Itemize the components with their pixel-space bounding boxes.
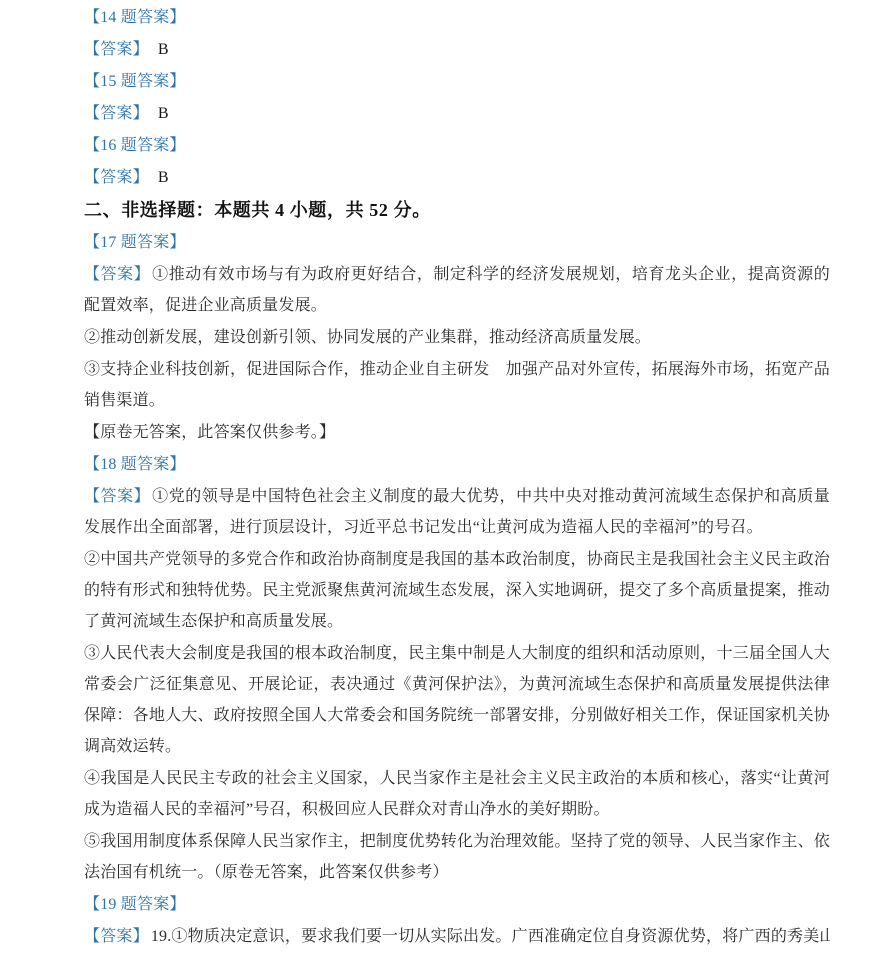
answer-value: B bbox=[158, 105, 169, 122]
answer-value: B bbox=[158, 169, 169, 186]
question-17-answer-paragraph: ③支持企业科技创新，促进国际合作，推动企业自主研发 加强产品对外宣传，拓展海外市… bbox=[84, 354, 830, 416]
answer-label: 【答案】 bbox=[84, 266, 150, 283]
answer-text: ⑤我国用制度体系保障人民当家作主，把制度优势转化为治理效能。坚持了党的领导、人民… bbox=[84, 833, 830, 881]
answer-text: ①党的领导是中国特色社会主义制度的最大优势，中共中央对推动黄河流域生态保护和高质… bbox=[84, 488, 830, 536]
question-16-tag: 【16 题答案】 bbox=[84, 130, 830, 161]
question-19-tag: 【19 题答案】 bbox=[84, 889, 830, 920]
answer-text: ④我国是人民民主专政的社会主义国家，人民当家作主是社会主义民主政治的本质和核心，… bbox=[84, 770, 830, 818]
question-18-answer-paragraph: ⑤我国用制度体系保障人民当家作主，把制度优势转化为治理效能。坚持了党的领导、人民… bbox=[84, 826, 830, 888]
question-17-reference-note: 【原卷无答案，此答案仅供参考。】 bbox=[84, 417, 830, 448]
question-18-tag: 【18 题答案】 bbox=[84, 449, 830, 480]
question-15-tag: 【15 题答案】 bbox=[84, 66, 830, 97]
answer-text: ③支持企业科技创新，促进国际合作，推动企业自主研发 加强产品对外宣传，拓展海外市… bbox=[84, 361, 830, 409]
question-18-answer-paragraph: ③人民代表大会制度是我国的根本政治制度，民主集中制是人大制度的组织和活动原则，十… bbox=[84, 638, 830, 762]
answer-text: ③人民代表大会制度是我国的根本政治制度，民主集中制是人大制度的组织和活动原则，十… bbox=[84, 645, 830, 755]
answer-value: B bbox=[158, 41, 169, 58]
answer-key-document: 【14 题答案】 【答案】B 【15 题答案】 【答案】B 【16 题答案】 【… bbox=[0, 0, 872, 964]
answer-text: 19.①物质决定意识，要求我们要一切从实际出发。广西准确定位自身资源优势，将广西… bbox=[151, 928, 830, 945]
section-heading: 二、非选择题：本题共 4 小题，共 52 分。 bbox=[84, 194, 830, 226]
question-16-answer-line: 【答案】B bbox=[84, 162, 830, 193]
question-14-answer-line: 【答案】B bbox=[84, 34, 830, 65]
answer-label: 【答案】 bbox=[84, 928, 149, 945]
answer-label: 【答案】 bbox=[84, 105, 149, 122]
question-14-tag: 【14 题答案】 bbox=[84, 2, 830, 33]
answer-label: 【答案】 bbox=[84, 169, 149, 186]
question-17-tag: 【17 题答案】 bbox=[84, 227, 830, 258]
question-15-answer-line: 【答案】B bbox=[84, 98, 830, 129]
question-18-answer-paragraph: ④我国是人民民主专政的社会主义国家，人民当家作主是社会主义民主政治的本质和核心，… bbox=[84, 763, 830, 825]
question-17-answer-paragraph: ②推动创新发展，建设创新引领、协同发展的产业集群，推动经济高质量发展。 bbox=[84, 322, 830, 353]
question-18-answer-paragraph: ②中国共产党领导的多党合作和政治协商制度是我国的基本政治制度，协商民主是我国社会… bbox=[84, 544, 830, 637]
answer-text: ②推动创新发展，建设创新引领、协同发展的产业集群，推动经济高质量发展。 bbox=[84, 329, 651, 346]
answer-label: 【答案】 bbox=[84, 41, 149, 58]
answer-text: ①推动有效市场与有为政府更好结合，制定科学的经济发展规划，培育龙头企业，提高资源… bbox=[84, 266, 830, 314]
question-17-answer-paragraph: 【答案】①推动有效市场与有为政府更好结合，制定科学的经济发展规划，培育龙头企业，… bbox=[84, 259, 830, 321]
question-19-answer-paragraph: 【答案】19.①物质决定意识，要求我们要一切从实际出发。广西准确定位自身资源优势… bbox=[84, 921, 830, 952]
question-18-answer-paragraph: 【答案】①党的领导是中国特色社会主义制度的最大优势，中共中央对推动黄河流域生态保… bbox=[84, 481, 830, 543]
answer-label: 【答案】 bbox=[84, 488, 150, 505]
answer-text: ②中国共产党领导的多党合作和政治协商制度是我国的基本政治制度，协商民主是我国社会… bbox=[84, 551, 830, 630]
